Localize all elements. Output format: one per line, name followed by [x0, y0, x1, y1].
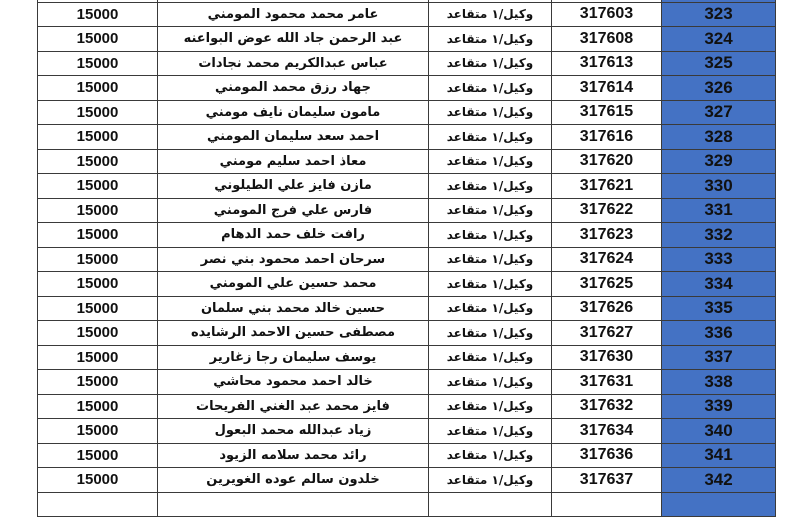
rank-cell: 333: [662, 247, 776, 272]
id-cell: 317623: [552, 223, 662, 248]
id-cell: 317630: [552, 345, 662, 370]
name-cell: مامون سليمان نايف مومني: [158, 100, 429, 125]
id-cell: 317621: [552, 174, 662, 199]
rank-cell: 338: [662, 370, 776, 395]
table-row: 15000محمد حسين علي المومنيوكيل/١ متقاعد3…: [38, 272, 776, 297]
rank-cell: 340: [662, 419, 776, 444]
name-cell: عامر محمد محمود المومني: [158, 2, 429, 27]
role-cell: وكيل/١ متقاعد: [429, 370, 552, 395]
role-cell: وكيل/١ متقاعد: [429, 345, 552, 370]
amount-cell: 15000: [38, 149, 158, 174]
table-row: 15000خلدون سالم عوده الغويرينوكيل/١ متقا…: [38, 468, 776, 493]
role-cell: وكيل/١ متقاعد: [429, 223, 552, 248]
rank-cell: 336: [662, 321, 776, 346]
id-cell: 317615: [552, 100, 662, 125]
table-row: 15000سرحان احمد محمود بني نصروكيل/١ متقا…: [38, 247, 776, 272]
id-cell: 317624: [552, 247, 662, 272]
id-cell: 317631: [552, 370, 662, 395]
rank-cell: 339: [662, 394, 776, 419]
id-cell: 317613: [552, 51, 662, 76]
rank-cell: 328: [662, 125, 776, 150]
amount-cell: [38, 492, 158, 500]
rank-cell: 326: [662, 76, 776, 101]
amount-cell: 15000: [38, 27, 158, 52]
name-cell: فارس علي فرج المومني: [158, 198, 429, 223]
role-cell: وكيل/١ متقاعد: [429, 27, 552, 52]
rank-cell: 342: [662, 468, 776, 493]
name-cell: زياد عبدالله محمد البعول: [158, 419, 429, 444]
amount-cell: 15000: [38, 345, 158, 370]
name-cell: يوسف سليمان رجا زغارير: [158, 345, 429, 370]
role-cell: وكيل/١ متقاعد: [429, 2, 552, 27]
name-cell: [158, 492, 429, 500]
role-cell: وكيل/١ متقاعد: [429, 419, 552, 444]
table-row: 15000عامر محمد محمود المومنيوكيل/١ متقاع…: [38, 2, 776, 27]
id-cell: 317620: [552, 149, 662, 174]
role-cell: وكيل/١ متقاعد: [429, 394, 552, 419]
table-row: 15000رائد محمد سلامه الزيودوكيل/١ متقاعد…: [38, 443, 776, 468]
amount-cell: 15000: [38, 198, 158, 223]
name-cell: مصطفى حسين الاحمد الرشايده: [158, 321, 429, 346]
amount-cell: 15000: [38, 443, 158, 468]
rank-cell: 330: [662, 174, 776, 199]
table-row: 15000فايز محمد عبد الغني الفريحاتوكيل/١ …: [38, 394, 776, 419]
role-cell: وكيل/١ متقاعد: [429, 51, 552, 76]
table-row: 15000معاذ احمد سليم مومنيوكيل/١ متقاعد31…: [38, 149, 776, 174]
table-row: 15000رافت خلف حمد الدهاموكيل/١ متقاعد317…: [38, 223, 776, 248]
rank-cell: [662, 492, 776, 500]
rank-cell: 335: [662, 296, 776, 321]
rank-cell: 334: [662, 272, 776, 297]
role-cell: وكيل/١ متقاعد: [429, 321, 552, 346]
amount-cell: 15000: [38, 76, 158, 101]
rank-cell: 325: [662, 51, 776, 76]
name-cell: عباس عبدالكريم محمد نجادات: [158, 51, 429, 76]
amount-cell: 15000: [38, 468, 158, 493]
name-cell: رائد محمد سلامه الزيود: [158, 443, 429, 468]
id-cell: 317627: [552, 321, 662, 346]
table-row: 15000مامون سليمان نايف مومنيوكيل/١ متقاع…: [38, 100, 776, 125]
table-row: 15000خالد احمد محمود محاشيوكيل/١ متقاعد3…: [38, 370, 776, 395]
amount-cell: 15000: [38, 394, 158, 419]
amount-cell: 15000: [38, 370, 158, 395]
rank-cell: 324: [662, 27, 776, 52]
role-cell: وكيل/١ متقاعد: [429, 149, 552, 174]
role-cell: وكيل/١ متقاعد: [429, 468, 552, 493]
amount-cell: 15000: [38, 100, 158, 125]
name-cell: معاذ احمد سليم مومني: [158, 149, 429, 174]
table-row: 15000فارس علي فرج المومنيوكيل/١ متقاعد31…: [38, 198, 776, 223]
rank-cell: 332: [662, 223, 776, 248]
name-cell: خلدون سالم عوده الغويرين: [158, 468, 429, 493]
role-cell: وكيل/١ متقاعد: [429, 272, 552, 297]
role-cell: وكيل/١ متقاعد: [429, 198, 552, 223]
role-cell: وكيل/١ متقاعد: [429, 125, 552, 150]
id-cell: 317614: [552, 76, 662, 101]
table-row: 15000جهاد رزق محمد المومنيوكيل/١ متقاعد3…: [38, 76, 776, 101]
rank-cell: 323: [662, 2, 776, 27]
amount-cell: 15000: [38, 223, 158, 248]
id-cell: 317622: [552, 198, 662, 223]
table-row: 15000احمد سعد سليمان المومنيوكيل/١ متقاع…: [38, 125, 776, 150]
rank-cell: 337: [662, 345, 776, 370]
amount-cell: 15000: [38, 2, 158, 27]
amount-cell: 15000: [38, 125, 158, 150]
table-row: 15000مصطفى حسين الاحمد الرشايدهوكيل/١ مت…: [38, 321, 776, 346]
name-cell: محمد حسين علي المومني: [158, 272, 429, 297]
role-cell: وكيل/١ متقاعد: [429, 296, 552, 321]
retirees-table: 15000عامر محمد محمود المومنيوكيل/١ متقاع…: [37, 0, 776, 500]
table-row: 15000عبد الرحمن جاد الله عوض البواعنهوكي…: [38, 27, 776, 52]
table-row: 15000زياد عبدالله محمد البعولوكيل/١ متقا…: [38, 419, 776, 444]
role-cell: وكيل/١ متقاعد: [429, 76, 552, 101]
id-cell: 317625: [552, 272, 662, 297]
role-cell: وكيل/١ متقاعد: [429, 100, 552, 125]
amount-cell: 15000: [38, 296, 158, 321]
rank-cell: 331: [662, 198, 776, 223]
amount-cell: 15000: [38, 321, 158, 346]
name-cell: خالد احمد محمود محاشي: [158, 370, 429, 395]
name-cell: حسين خالد محمد بني سلمان: [158, 296, 429, 321]
name-cell: عبد الرحمن جاد الله عوض البواعنه: [158, 27, 429, 52]
table-row-partial-bottom: [38, 492, 776, 500]
amount-cell: 15000: [38, 419, 158, 444]
table-row: 15000عباس عبدالكريم محمد نجاداتوكيل/١ مت…: [38, 51, 776, 76]
rank-cell: 329: [662, 149, 776, 174]
table-row: 15000حسين خالد محمد بني سلمانوكيل/١ متقا…: [38, 296, 776, 321]
id-cell: 317634: [552, 419, 662, 444]
amount-cell: 15000: [38, 174, 158, 199]
id-cell: 317616: [552, 125, 662, 150]
name-cell: مازن فايز علي الطيلوني: [158, 174, 429, 199]
name-cell: جهاد رزق محمد المومني: [158, 76, 429, 101]
document-page: 15000عامر محمد محمود المومنيوكيل/١ متقاع…: [0, 0, 800, 500]
id-cell: 317603: [552, 2, 662, 27]
amount-cell: 15000: [38, 247, 158, 272]
name-cell: احمد سعد سليمان المومني: [158, 125, 429, 150]
id-cell: 317632: [552, 394, 662, 419]
id-cell: [552, 492, 662, 500]
id-cell: 317636: [552, 443, 662, 468]
name-cell: سرحان احمد محمود بني نصر: [158, 247, 429, 272]
rank-cell: 327: [662, 100, 776, 125]
name-cell: فايز محمد عبد الغني الفريحات: [158, 394, 429, 419]
role-cell: [429, 492, 552, 500]
rank-cell: 341: [662, 443, 776, 468]
table-row: 15000مازن فايز علي الطيلونيوكيل/١ متقاعد…: [38, 174, 776, 199]
role-cell: وكيل/١ متقاعد: [429, 174, 552, 199]
amount-cell: 15000: [38, 51, 158, 76]
name-cell: رافت خلف حمد الدهام: [158, 223, 429, 248]
id-cell: 317608: [552, 27, 662, 52]
id-cell: 317637: [552, 468, 662, 493]
amount-cell: 15000: [38, 272, 158, 297]
table-row: 15000يوسف سليمان رجا زغاريروكيل/١ متقاعد…: [38, 345, 776, 370]
role-cell: وكيل/١ متقاعد: [429, 247, 552, 272]
role-cell: وكيل/١ متقاعد: [429, 443, 552, 468]
id-cell: 317626: [552, 296, 662, 321]
